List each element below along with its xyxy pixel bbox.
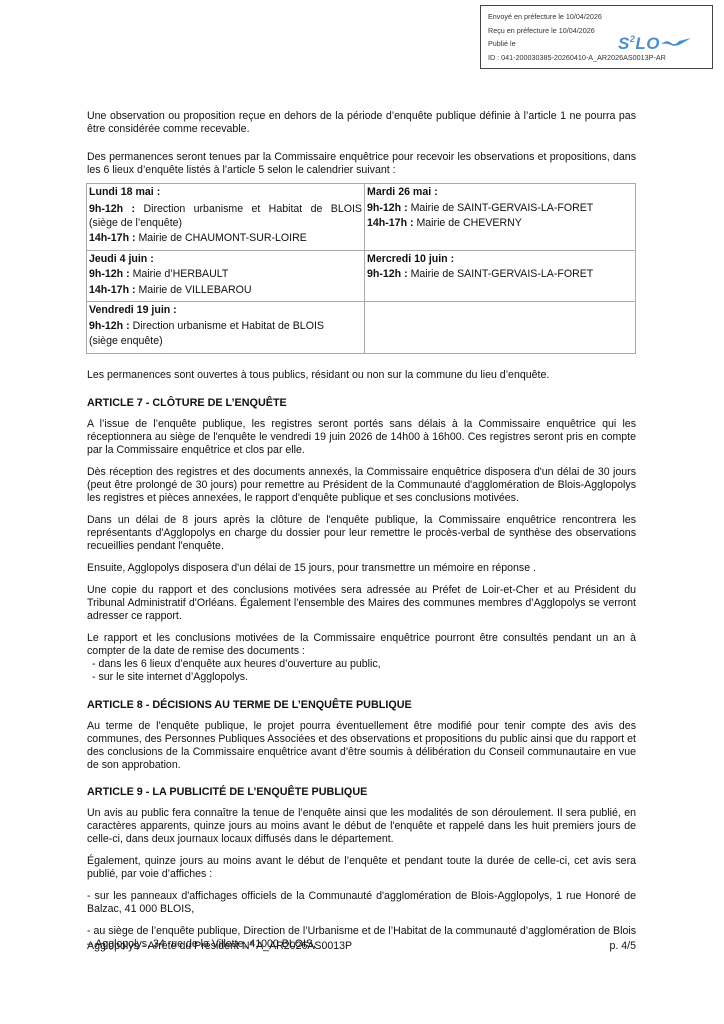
logo-tail: LO	[635, 34, 660, 53]
schedule-row: Vendredi 19 juin :9h-12h : Direction urb…	[87, 302, 636, 354]
article-7-paragraph-2: Dès réception des registres et des docum…	[87, 466, 636, 505]
slot-place: Direction urbanisme et Habitat de BLOIS	[133, 320, 324, 332]
slot-place: (siège enquête)	[89, 335, 163, 347]
slot-time: 9h-12h :	[367, 202, 408, 214]
slot-place: Direction urbanisme et Habitat de BLOIS	[143, 203, 362, 215]
article-7-paragraph-3: Dans un délai de 8 jours après la clôtur…	[87, 514, 636, 553]
article-8-title: ARTICLE 8 - DÉCISIONS AU TERME DE L’ENQU…	[87, 699, 636, 712]
schedule-slot: 9h-12h : Mairie d’HERBAULT	[89, 267, 362, 283]
schedule-day: Lundi 18 mai :	[89, 185, 362, 201]
wing-icon	[661, 37, 691, 47]
article-9-title: ARTICLE 9 - LA PUBLICITÉ DE L’ENQUÊTE PU…	[87, 786, 636, 799]
schedule-slot: (siège de l’enquête)	[89, 216, 362, 232]
schedule-cell-right	[365, 302, 636, 354]
stamp-sent: Envoyé en préfecture le 10/04/2026	[488, 10, 712, 24]
article-9-paragraph-3: - sur les panneaux d'affichages officiel…	[87, 890, 636, 916]
schedule-cell-right: Mardi 26 mai :9h-12h : Mairie de SAINT-G…	[365, 184, 636, 251]
schedule-slot: 9h-12h : Direction urbanisme et Habitat …	[89, 203, 362, 216]
slot-place: (siège de l’enquête)	[89, 217, 182, 229]
schedule-row: Jeudi 4 juin :9h-12h : Mairie d’HERBAULT…	[87, 250, 636, 302]
schedule-slot: 14h-17h : Mairie de VILLEBAROU	[89, 283, 362, 299]
schedule-day: Vendredi 19 juin :	[89, 303, 362, 319]
article-7-paragraph-4: Ensuite, Agglopolys disposera d'un délai…	[87, 562, 636, 575]
article-8-paragraph-1: Au terme de l’enquête publique, le proje…	[87, 720, 636, 772]
s2low-logo: S2LO	[618, 30, 691, 53]
schedule-slot: 9h-12h : Direction urbanisme et Habitat …	[89, 319, 362, 335]
slot-time: 14h-17h :	[367, 217, 414, 229]
intro-paragraph-2: Des permanences seront tenues par la Com…	[87, 151, 636, 177]
slot-place: Mairie d’HERBAULT	[133, 268, 229, 280]
article-7-title: ARTICLE 7 - CLÔTURE DE L’ENQUÊTE	[87, 397, 636, 410]
schedule-cell-left: Lundi 18 mai :9h-12h : Direction urbanis…	[87, 184, 365, 251]
page-footer: Agglopolys - Arrêté du Président N° A_AR…	[87, 940, 636, 953]
slot-time: 9h-12h :	[89, 203, 135, 215]
schedule-row: Lundi 18 mai :9h-12h : Direction urbanis…	[87, 184, 636, 251]
schedule-day: Jeudi 4 juin :	[89, 252, 362, 268]
schedule-cell-left: Vendredi 19 juin :9h-12h : Direction urb…	[87, 302, 365, 354]
permanence-schedule-table: Lundi 18 mai :9h-12h : Direction urbanis…	[86, 183, 636, 354]
article-7-paragraph-5: Une copie du rapport et des conclusions …	[87, 584, 636, 623]
article-7-paragraph-1: A l’issue de l’enquête publique, les reg…	[87, 418, 636, 457]
schedule-cell-right: Mercredi 10 juin :9h-12h : Mairie de SAI…	[365, 250, 636, 302]
consultation-places-list: - dans les 6 lieux d’enquête aux heures …	[87, 658, 636, 684]
schedule-slot: (siège enquête)	[89, 334, 362, 350]
schedule-slot: 14h-17h : Mairie de CHAUMONT-SUR-LOIRE	[89, 231, 362, 247]
schedule-slot: 9h-12h : Mairie de SAINT-GERVAIS-LA-FORE…	[367, 267, 633, 283]
prefecture-stamp: Envoyé en préfecture le 10/04/2026 Reçu …	[480, 5, 713, 69]
schedule-day: Mardi 26 mai :	[367, 185, 633, 201]
slot-place: Mairie de SAINT-GERVAIS-LA-FORET	[411, 202, 594, 214]
slot-place: Mairie de CHAUMONT-SUR-LOIRE	[138, 232, 306, 244]
slot-place: Mairie de SAINT-GERVAIS-LA-FORET	[411, 268, 594, 280]
page-number: p. 4/5	[609, 940, 636, 953]
article-9-paragraph-2: Également, quinze jours au moins avant l…	[87, 855, 636, 881]
schedule-day: Mercredi 10 juin :	[367, 252, 633, 268]
slot-place: Mairie de VILLEBAROU	[138, 284, 251, 296]
logo-letter: S	[618, 34, 630, 53]
slot-time: 14h-17h :	[89, 232, 136, 244]
after-table-note: Les permanences sont ouvertes à tous pub…	[87, 369, 636, 382]
footer-reference: Agglopolys - Arrêté du Président N° A_AR…	[87, 940, 352, 953]
article-9-paragraph-1: Un avis au public fera connaître la tenu…	[87, 807, 636, 846]
document-body: Une observation ou proposition reçue en …	[87, 110, 636, 960]
list-item: - dans les 6 lieux d’enquête aux heures …	[92, 658, 636, 671]
schedule-cell-left: Jeudi 4 juin :9h-12h : Mairie d’HERBAULT…	[87, 250, 365, 302]
schedule-slot: 14h-17h : Mairie de CHEVERNY	[367, 216, 633, 232]
schedule-slot: 9h-12h : Mairie de SAINT-GERVAIS-LA-FORE…	[367, 201, 633, 217]
article-7-paragraph-6: Le rapport et les conclusions motivées d…	[87, 632, 636, 658]
slot-time: 14h-17h :	[89, 284, 136, 296]
slot-time: 9h-12h :	[367, 268, 408, 280]
list-item: - sur le site internet d’Agglopolys.	[92, 671, 636, 684]
slot-place: Mairie de CHEVERNY	[416, 217, 521, 229]
slot-time: 9h-12h :	[89, 320, 130, 332]
intro-paragraph-1: Une observation ou proposition reçue en …	[87, 110, 636, 136]
slot-time: 9h-12h :	[89, 268, 130, 280]
